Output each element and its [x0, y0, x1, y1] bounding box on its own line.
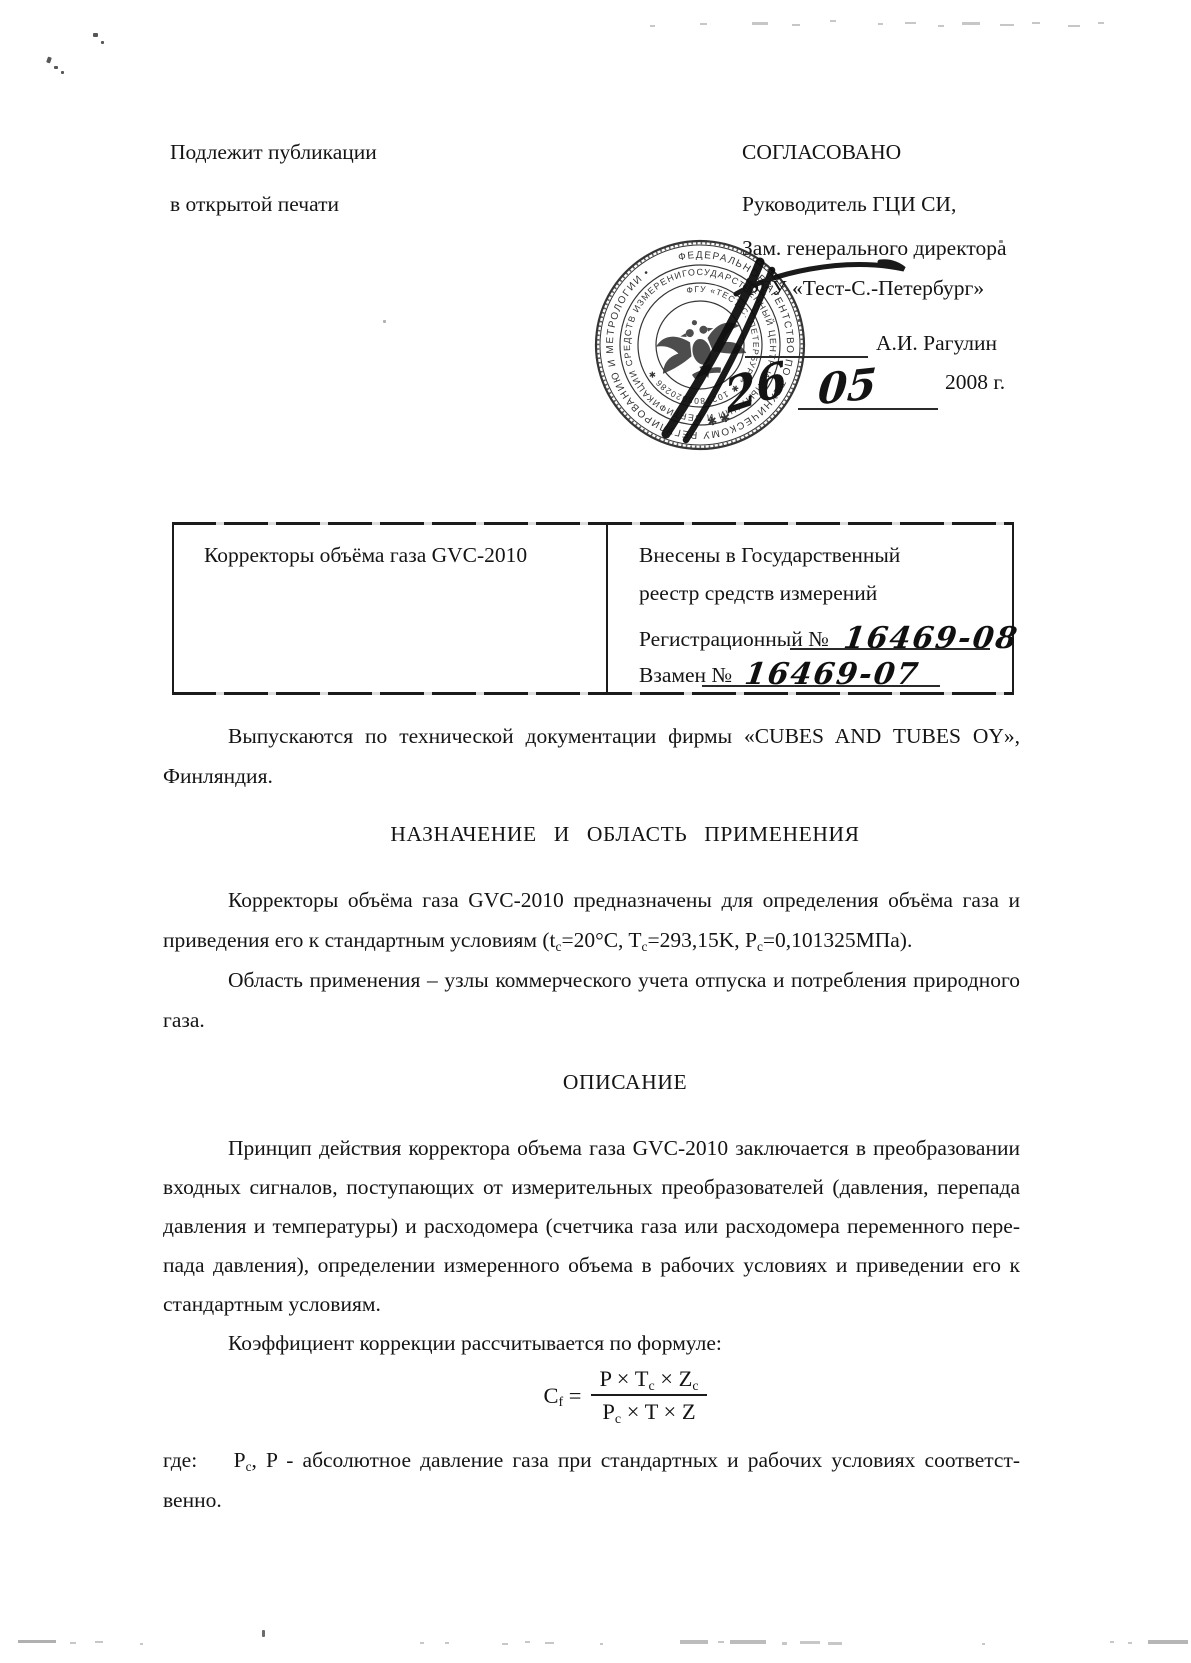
scan-artifact [962, 22, 980, 25]
date-line [798, 408, 938, 410]
scan-artifact [830, 20, 836, 22]
scan-artifact [600, 1643, 603, 1645]
scan-artifact [800, 1641, 820, 1644]
formula-numerator: P × Tc × Zc [591, 1366, 706, 1396]
scan-artifact [18, 1640, 56, 1643]
scan-artifact [828, 1642, 842, 1645]
signature-line [745, 356, 868, 358]
table-column-divider [606, 523, 608, 694]
correction-factor-formula: Cf = P × Tc × Zc Pc × T × Z [60, 1366, 1190, 1425]
scan-artifact [1032, 22, 1040, 24]
scan-artifact [718, 1641, 724, 1643]
table-product-name: Корректоры объёма газа GVC-2010 [204, 543, 527, 568]
scan-artifact [502, 1643, 508, 1645]
scan-artifact [878, 23, 883, 25]
table-registry-line-1: Внесены в Государственный [639, 543, 900, 568]
where-clause-line-1: где: Pc, P - абсолютное давление газа пр… [163, 1447, 1020, 1476]
scan-artifact [938, 25, 944, 27]
scan-speckle [262, 1630, 265, 1637]
scan-artifact [95, 1641, 103, 1643]
intro-line-1: Выпускаются по технической документации … [163, 723, 1020, 750]
scan-artifact [445, 1642, 449, 1644]
scan-artifact [1068, 25, 1080, 27]
registration-table: Корректоры объёма газа GVC-2010 Внесены … [172, 523, 1014, 694]
scan-artifact [680, 1640, 708, 1644]
scan-artifact [525, 1641, 530, 1643]
where-clause-line-2: венно. [163, 1487, 1020, 1514]
scan-speckle [101, 41, 104, 44]
description-line-4: пада давления), определении измеренного … [163, 1252, 1020, 1279]
section-heading-purpose: НАЗНАЧЕНИЕ И ОБЛАСТЬ ПРИМЕНЕНИЯ [60, 822, 1190, 847]
scan-speckle [54, 66, 58, 69]
publication-note-line-1: Подлежит публикации [170, 140, 377, 165]
scan-speckle [383, 320, 386, 323]
handwritten-date-month: 05 [816, 359, 878, 415]
formula-lhs: Cf = [543, 1383, 581, 1409]
scan-artifact [545, 1642, 554, 1644]
section-heading-description: ОПИСАНИЕ [60, 1070, 1190, 1095]
scan-artifact [752, 22, 768, 25]
scan-artifact [1098, 22, 1104, 24]
table-top-border [172, 522, 1014, 525]
description-line-1: Принцип действия корректора объема газа … [163, 1135, 1020, 1162]
signer-name: А.И. Рагулин [876, 331, 997, 356]
purpose-line-2: приведения его к стандартным условиям (t… [163, 927, 1020, 956]
intro-line-2: Финляндия. [163, 763, 1020, 790]
approval-role-line-1: Руководитель ГЦИ СИ, [742, 192, 956, 217]
description-line-6: Коэффициент коррекции рассчитывается по … [163, 1330, 1020, 1357]
table-bottom-border [172, 692, 1014, 695]
description-line-3: давления и температуры) и расходомера (с… [163, 1213, 1020, 1240]
date-year: 2008 г. [945, 370, 1005, 395]
scan-artifact [982, 1643, 985, 1645]
scan-speckle [46, 56, 52, 63]
scan-artifact [730, 1640, 766, 1644]
scan-artifact [420, 1642, 424, 1644]
table-registry-line-2: реестр средств измерений [639, 581, 877, 606]
publication-note-line-2: в открытой печати [170, 192, 339, 217]
description-line-5: стандартным условиям. [163, 1291, 1020, 1318]
scan-artifact [1110, 1641, 1114, 1643]
registration-underline [790, 648, 990, 650]
scan-artifact [140, 1643, 143, 1645]
purpose-line-4: газа. [163, 1007, 1020, 1034]
scan-speckle [93, 33, 98, 37]
scan-artifact [650, 25, 655, 27]
scanned-document-page: Подлежит публикации в открытой печати СО… [0, 0, 1191, 1663]
approval-org: ФГУ «Тест-С.-Петербург» [742, 276, 984, 301]
replacement-underline [702, 685, 940, 687]
approval-title: СОГЛАСОВАНО [742, 140, 901, 165]
scan-artifact [1148, 1640, 1188, 1644]
scan-artifact [782, 1642, 787, 1645]
scan-artifact [905, 22, 916, 24]
formula-denominator: Pc × T × Z [591, 1396, 706, 1425]
scan-artifact [1000, 24, 1014, 26]
replacement-number-label: Взамен № [639, 663, 732, 687]
scan-artifact [700, 23, 707, 25]
registration-number-value: 16469-08 [842, 621, 1021, 656]
formula-fraction: P × Tc × Zc Pc × T × Z [591, 1366, 706, 1425]
scan-artifact [1128, 1642, 1132, 1644]
scan-artifact [792, 24, 800, 26]
purpose-line-3: Область применения – узлы коммерческого … [163, 967, 1020, 994]
purpose-line-1: Корректоры объёма газа GVC-2010 предназн… [163, 887, 1020, 914]
scan-artifact [70, 1642, 76, 1644]
scan-speckle [999, 240, 1003, 243]
scan-speckle [61, 71, 64, 74]
description-line-2: входных сигналов, поступающих от измерит… [163, 1174, 1020, 1201]
